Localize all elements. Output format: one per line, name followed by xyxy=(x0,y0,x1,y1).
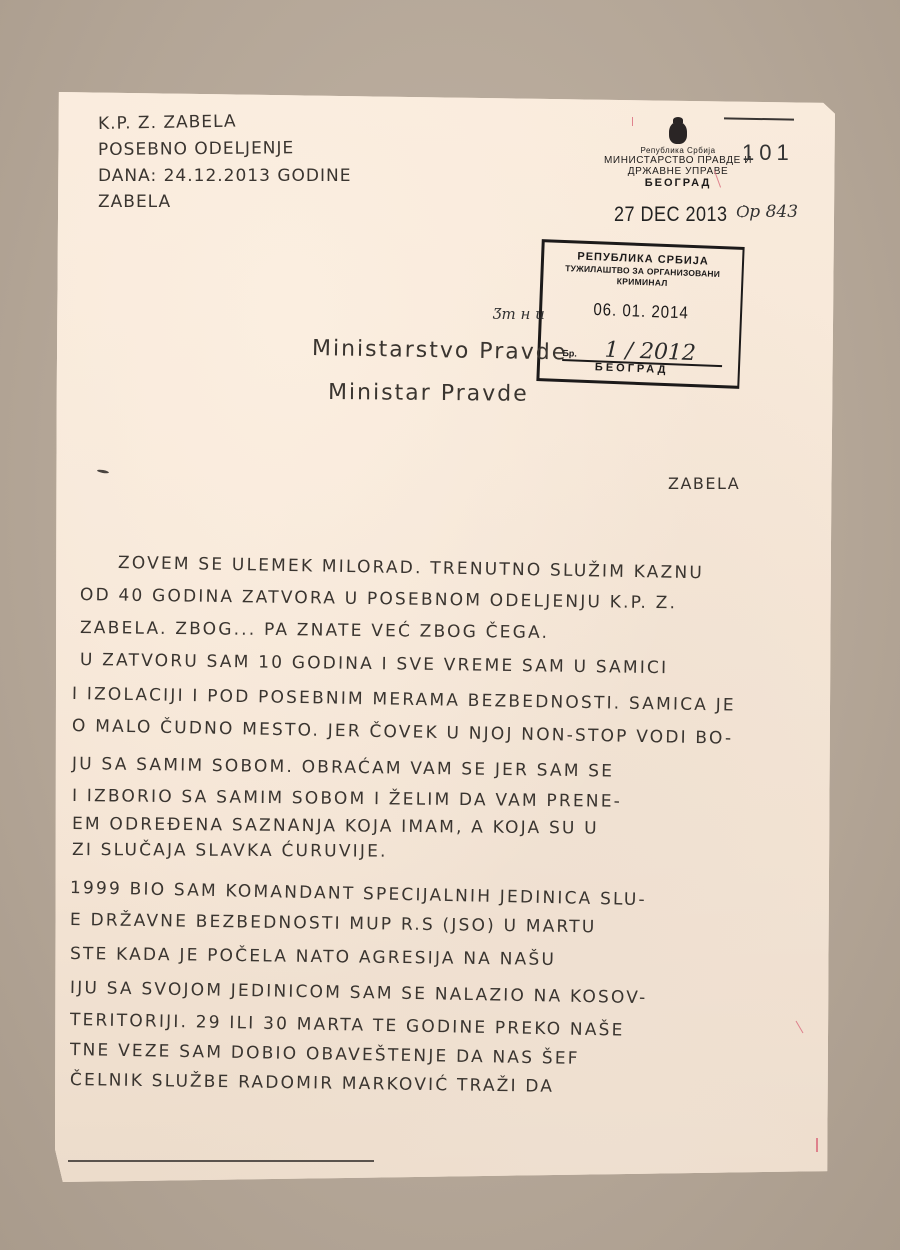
stamp-city: БЕОГРАД xyxy=(595,361,669,376)
stamp-republic-label: Република Србија xyxy=(588,146,768,155)
handwritten-initials: Ʒт н и xyxy=(493,305,545,323)
ministry-received-stamp: Република Србија МИНИСТАРСТВО ПРАВДЕ И Д… xyxy=(588,122,768,189)
sender-place: Zabela xyxy=(98,192,171,212)
body-line: zi slučaja Slavka Ćuruvije. xyxy=(72,840,388,862)
coat-of-arms-icon xyxy=(669,122,687,144)
place-heading: Zabela xyxy=(668,474,740,493)
registry-number: 101 xyxy=(742,140,794,166)
sender-department: Posebno Odeljenje xyxy=(98,138,294,160)
sender-institution: K.P. Z. Zabela xyxy=(98,112,237,134)
bottom-ruled-line xyxy=(68,1160,374,1162)
ministry-reference: Ѻp 843 xyxy=(736,202,798,222)
stamp-ministry-name: МИНИСТАРСТВО ПРАВДЕ И xyxy=(588,155,768,166)
prosecutor-received-stamp: РЕПУБЛИКА СРБИЈА ТУЖИЛАШТВО ЗА ОРГАНИЗОВ… xyxy=(536,239,744,389)
red-pen-mark xyxy=(816,1138,818,1152)
red-pen-mark xyxy=(632,117,633,126)
ministry-received-date: 27 DEC 2013 xyxy=(614,202,728,227)
stamp-received-date: 06. 01. 2014 xyxy=(542,298,741,325)
sender-date: Dana: 24.12.2013 godine xyxy=(98,166,351,186)
recipient-minister: Ministar Pravde xyxy=(328,380,529,407)
stamp-ministry-name-cont: ДРЖАВНЕ УПРАВЕ xyxy=(588,166,768,177)
recipient-ministry: Ministarstvo Pravde xyxy=(312,336,568,365)
stamp-city: БЕОГРАД xyxy=(588,177,768,189)
